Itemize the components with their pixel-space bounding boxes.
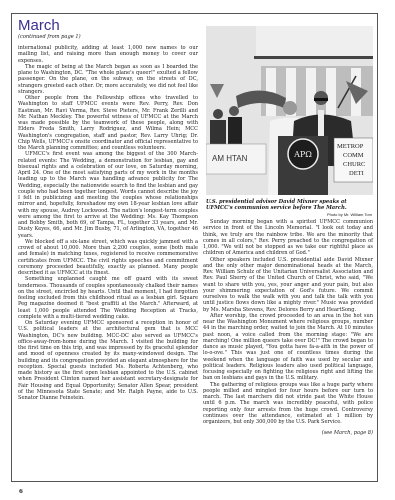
article-title: March (18, 18, 198, 34)
photo-caption: U.S. presidential advisor David Mixner s… (206, 199, 373, 212)
article-photo: AM HTAN AΡΩ METROP COMM CHURC DETI (206, 26, 373, 195)
banner-text: COMM (343, 152, 364, 159)
photo-credit: Photo by Mr. William Tom (327, 212, 372, 217)
paragraph: Something unplanned caught me off guard … (18, 276, 198, 320)
page-number: 6 (19, 489, 23, 495)
svg-text:AM HTAN: AM HTAN (212, 154, 248, 163)
paragraph: Sunday morning began with a spirited UFM… (203, 219, 373, 257)
paragraph: Other people from the Fellowship offices… (18, 95, 198, 151)
paragraph: The gathering of religious groups was li… (203, 382, 373, 426)
continued-on-link: (see March, page 8) (203, 430, 373, 436)
paragraph: We blocked off a six-lane street, which … (18, 239, 198, 277)
left-column: March (continued from page 1) internatio… (18, 18, 198, 401)
paragraph: Other speakers included U.S. presidentia… (203, 257, 373, 313)
podium-seal: AΡΩ (293, 150, 312, 159)
paragraph: The magic of being at the March began as… (18, 64, 198, 95)
banner-text: DETI (349, 170, 364, 177)
banner-text: METROP (337, 143, 364, 150)
paragraph: After worship, the crowd proceeded to an… (203, 313, 373, 382)
photo-illustration: AM HTAN AΡΩ METROP COMM CHURC DETI (206, 26, 373, 195)
banner-text: CHURC (343, 161, 365, 168)
continued-from: (continued from page 1) (18, 34, 198, 41)
paragraph: international publicity, adding at least… (18, 45, 198, 64)
article-frame: March (continued from page 1) internatio… (11, 13, 378, 482)
paragraph: UFMCC's first event was among the bigges… (18, 151, 198, 239)
right-column: Sunday morning began with a spirited UFM… (203, 219, 373, 437)
paragraph: On Saturday evening UFMCC sponsored a re… (18, 320, 198, 401)
